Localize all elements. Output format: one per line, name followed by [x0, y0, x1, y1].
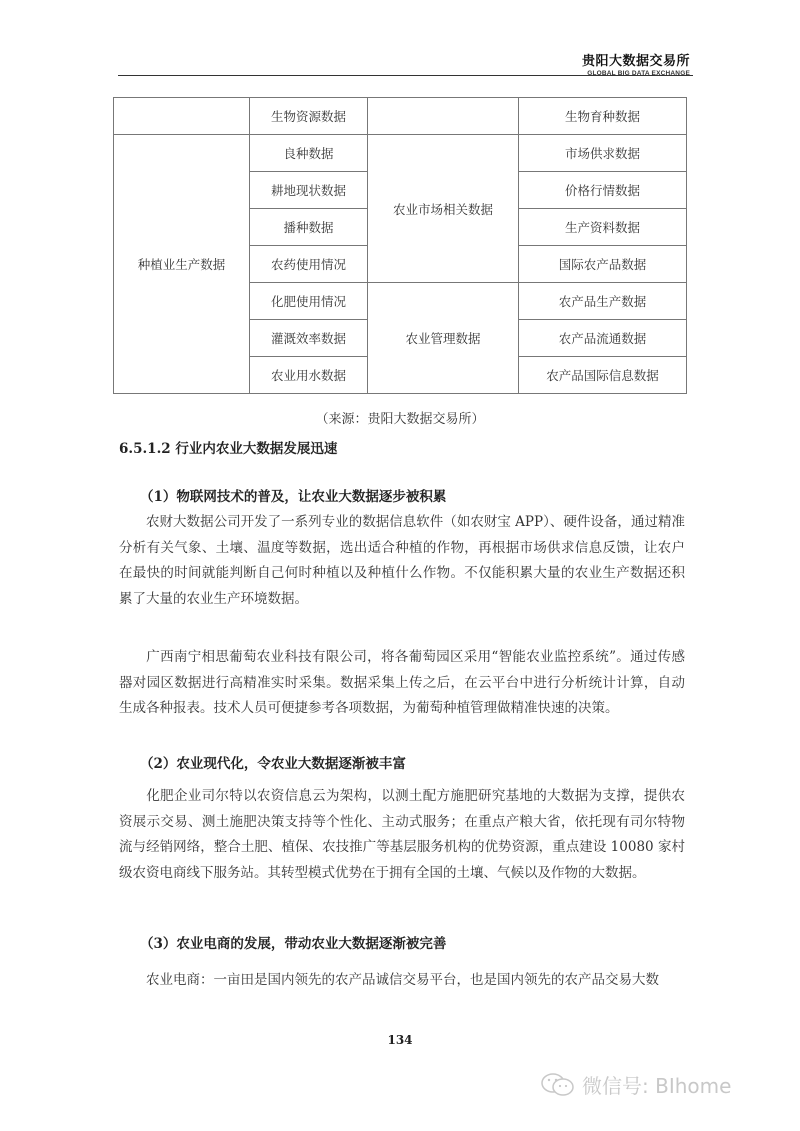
watermark-text: 微信号: BIhome: [582, 1070, 731, 1099]
table-group-label: 种植业生产数据: [114, 135, 250, 394]
table-cell: 农产品国际信息数据: [519, 357, 687, 394]
table-cell: 播种数据: [250, 209, 368, 246]
paragraph: 广西南宁相思葡萄农业科技有限公司，将各葡萄园区采用“智能农业监控系统”。通过传感…: [119, 645, 685, 722]
table-cell: 价格行情数据: [519, 172, 687, 209]
table-cell: 灌溉效率数据: [250, 320, 368, 357]
table-cell: 良种数据: [250, 135, 368, 172]
paragraph: 农业电商：一亩田是国内领先的农产品诚信交易平台，也是国内领先的农产品交易大数: [119, 968, 685, 994]
agri-data-table: 生物资源数据 生物育种数据 种植业生产数据 良种数据 农业市场相关数据 市场供求…: [113, 97, 687, 394]
table-cell: 市场供求数据: [519, 135, 687, 172]
table-cell: 国际农产品数据: [519, 246, 687, 283]
table-row: 种植业生产数据 良种数据 农业市场相关数据 市场供求数据: [114, 135, 687, 172]
paragraph-text: 农业电商：一亩田是国内领先的农产品诚信交易平台，也是国内领先的农产品交易大数: [146, 972, 659, 988]
table-row: 生物资源数据 生物育种数据: [114, 98, 687, 135]
table-cell: 生物资源数据: [250, 98, 368, 135]
table-cell-empty: [368, 98, 519, 135]
header-divider: [118, 75, 693, 76]
subsection-heading-1: （1）物联网技术的普及，让农业大数据逐步被积累: [140, 485, 446, 505]
table-cell: 生物育种数据: [519, 98, 687, 135]
header-brand: 贵阳大数据交易所 GLOBAL BIG DATA EXCHANGE: [582, 50, 690, 77]
section-heading: 6.5.1.2 行业内农业大数据发展迅速: [119, 437, 337, 457]
wechat-icon: [540, 1071, 576, 1099]
brand-name-cn: 贵阳大数据交易所: [582, 50, 690, 69]
table-cell: 农业用水数据: [250, 357, 368, 394]
table-cell: 农产品生产数据: [519, 283, 687, 320]
paragraph: 化肥企业司尔特以农资信息云为架构，以测土配方施肥研究基地的大数据为支撑，提供农资…: [119, 784, 685, 886]
paragraph-text: 农财大数据公司开发了一系列专业的数据信息软件（如农财宝 APP）、硬件设备，通过…: [119, 514, 685, 607]
paragraph-text: 化肥企业司尔特以农资信息云为架构，以测土配方施肥研究基地的大数据为支撑，提供农资…: [119, 788, 685, 881]
table-cell: 化肥使用情况: [250, 283, 368, 320]
table-cell-empty: [114, 98, 250, 135]
table-group-label: 农业市场相关数据: [368, 135, 519, 283]
table-cell: 农产品流通数据: [519, 320, 687, 357]
table-source-note: （来源：贵阳大数据交易所）: [0, 408, 800, 427]
subsection-heading-2: （2）农业现代化，令农业大数据逐渐被丰富: [140, 752, 406, 772]
paragraph: 农财大数据公司开发了一系列专业的数据信息软件（如农财宝 APP）、硬件设备，通过…: [119, 510, 685, 612]
page-number: 134: [0, 1033, 800, 1047]
table-cell: 农药使用情况: [250, 246, 368, 283]
watermark: 微信号: BIhome: [540, 1070, 731, 1099]
paragraph-text: 广西南宁相思葡萄农业科技有限公司，将各葡萄园区采用“智能农业监控系统”。通过传感…: [119, 649, 685, 716]
subsection-heading-3: （3）农业电商的发展，带动农业大数据逐渐被完善: [140, 932, 446, 952]
table-cell: 耕地现状数据: [250, 172, 368, 209]
table-cell: 生产资料数据: [519, 209, 687, 246]
table-group-label: 农业管理数据: [368, 283, 519, 394]
